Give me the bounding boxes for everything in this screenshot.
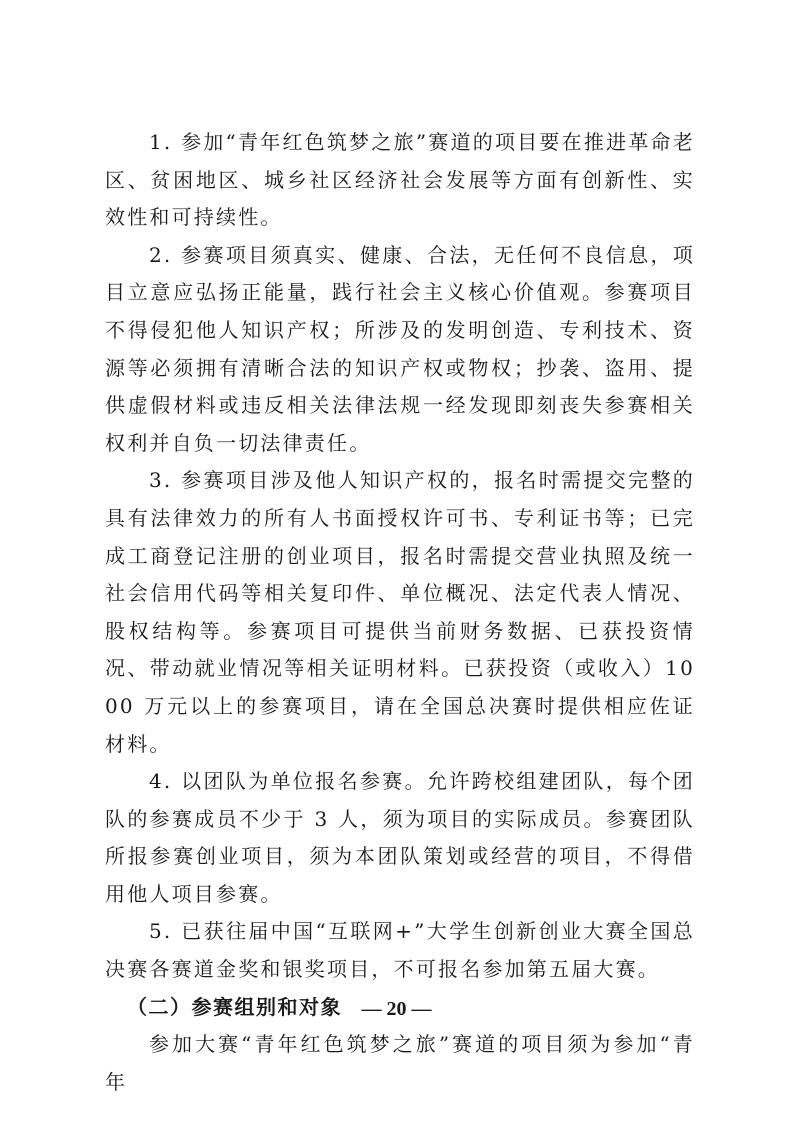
paragraph-item-4: 4. 以团队为单位报名参赛。允许跨校组建团队，每个团队的参赛成员不少于 3 人，… xyxy=(105,763,695,913)
document-body: 1. 参加“青年红色筑梦之旅”赛道的项目要在推进革命老区、贫困地区、城乡社区经济… xyxy=(105,124,695,1101)
trailing-paragraph: 参加大赛“青年红色筑梦之旅”赛道的项目须为参加“青年 xyxy=(105,1026,695,1101)
paragraph-item-1: 1. 参加“青年红色筑梦之旅”赛道的项目要在推进革命老区、贫困地区、城乡社区经济… xyxy=(105,124,695,237)
paragraph-item-2: 2. 参赛项目须真实、健康、合法，无任何不良信息，项目立意应弘扬正能量，践行社会… xyxy=(105,237,695,463)
page-number: — 20 — xyxy=(0,998,793,1021)
paragraph-item-5: 5. 已获往届中国“互联网+”大学生创新创业大赛全国总决赛各赛道金奖和银奖项目，… xyxy=(105,913,695,988)
paragraph-item-3: 3. 参赛项目涉及他人知识产权的，报名时需提交完整的具有法律效力的所有人书面授权… xyxy=(105,462,695,763)
